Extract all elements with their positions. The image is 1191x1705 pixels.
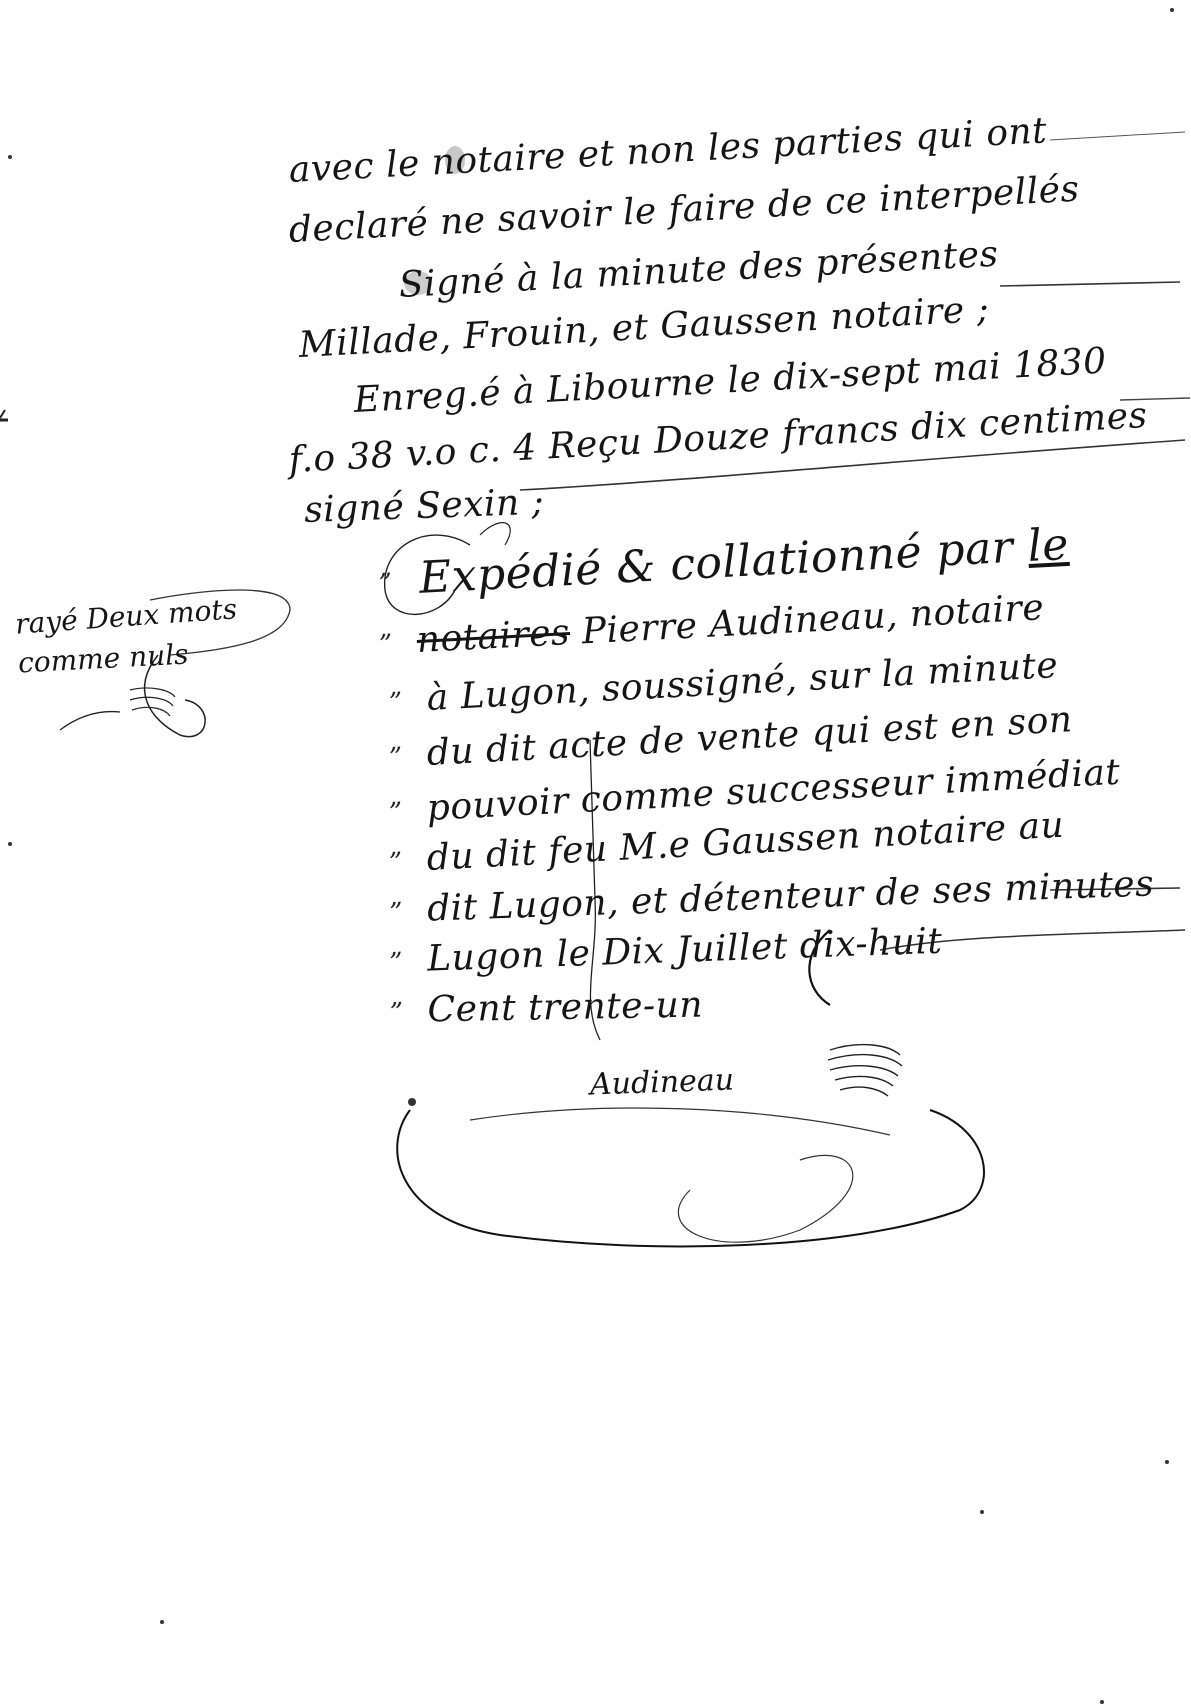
expedition-heading-suffix: le	[1026, 519, 1070, 572]
manuscript-page: avec le notaire et non les parties qui o…	[0, 0, 1191, 1705]
margin-note-line-1: rayé Deux mots	[14, 592, 238, 640]
expedition-line-8: ” Cent trente-un	[389, 985, 703, 1031]
ink-speck	[1165, 1460, 1169, 1464]
expedition-heading-text: Expédié & collationné par	[418, 522, 1015, 604]
ink-speck	[408, 1098, 416, 1106]
ditto-mark: ”	[378, 567, 406, 598]
expedition-line-7: ” Lugon le Dix Juillet dix-huit	[389, 921, 944, 981]
ink-speck	[1170, 8, 1174, 12]
ditto-mark: ”	[388, 742, 416, 773]
notary-signature: Audineau	[589, 1062, 734, 1102]
ditto-mark: ”	[389, 897, 416, 928]
expedition-line-text: Lugon le Dix Juillet dix-huit	[426, 921, 943, 980]
ink-speck	[8, 155, 12, 159]
margin-note-line-2: comme nuls	[17, 638, 189, 680]
struck-word: notaires	[416, 612, 571, 661]
expedition-line-text: Cent trente-un	[427, 985, 703, 1031]
expedition-line-text: Pierre Audineau, notaire	[581, 587, 1045, 652]
ditto-mark: ”	[388, 687, 416, 718]
ditto-mark: ”	[378, 629, 406, 660]
ditto-mark: ”	[389, 947, 416, 978]
ditto-mark: ”	[388, 797, 416, 828]
ink-speck	[1100, 1700, 1104, 1704]
body-line-7: signé Sexin ;	[304, 482, 545, 531]
ink-speck	[160, 1620, 164, 1624]
ink-speck	[980, 1510, 984, 1514]
ditto-mark: ”	[389, 998, 416, 1028]
ditto-mark: ”	[388, 847, 416, 878]
ink-speck	[8, 842, 12, 846]
